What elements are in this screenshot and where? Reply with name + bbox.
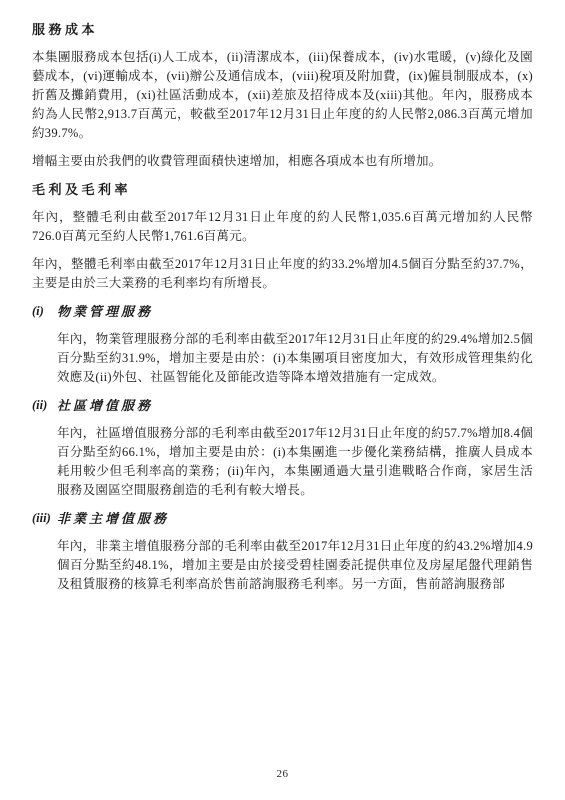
subsection-label: (i) [32,302,57,321]
subsection-label: (iii) [32,509,57,528]
subsection-heading-non-owner-vas: (iii) 非業主增值服務 [32,509,533,528]
paragraph-service-cost-2: 增幅主要由於我們的收費管理面積快速增加，相應各項成本也有所增加。 [32,152,533,171]
subsection-body-property-management: 年內，物業管理服務分部的毛利率由截至2017年12月31日止年度的約29.4%增… [57,330,533,387]
subsection-title: 非業主增值服務 [57,509,169,528]
subsection-heading-community-vas: (ii) 社區增值服務 [32,396,533,415]
paragraph-gross-profit-2: 年內，整體毛利率由截至2017年12月31日止年度的約33.2%增加4.5個百分… [32,255,533,293]
subsection-property-management: (i) 物業管理服務 年內，物業管理服務分部的毛利率由截至2017年12月31日… [57,302,533,387]
paragraph-service-cost-1: 本集團服務成本包括(i)人工成本，(ii)清潔成本，(iii)保養成本，(iv)… [32,48,533,143]
subsection-body-non-owner-vas: 年內，非業主增值服務分部的毛利率由截至2017年12月31日止年度的約43.2%… [57,537,533,594]
subsection-community-vas: (ii) 社區增值服務 年內，社區增值服務分部的毛利率由截至2017年12月31… [57,396,533,500]
subsection-title: 社區增值服務 [57,396,153,415]
heading-gross-profit: 毛利及毛利率 [32,180,533,199]
subsection-title: 物業管理服務 [57,302,153,321]
document-page: 服務成本 本集團服務成本包括(i)人工成本，(ii)清潔成本，(iii)保養成本… [0,0,565,800]
page-number: 26 [0,768,565,780]
paragraph-gross-profit-1: 年內，整體毛利由截至2017年12月31日止年度的約人民幣1,035.6百萬元增… [32,208,533,246]
subsection-body-community-vas: 年內，社區增值服務分部的毛利率由截至2017年12月31日止年度的約57.7%增… [57,424,533,500]
subsection-heading-property-management: (i) 物業管理服務 [32,302,533,321]
subsection-label: (ii) [32,396,57,415]
heading-service-cost: 服務成本 [32,20,533,39]
subsection-non-owner-vas: (iii) 非業主增值服務 年內，非業主增值服務分部的毛利率由截至2017年12… [57,509,533,594]
